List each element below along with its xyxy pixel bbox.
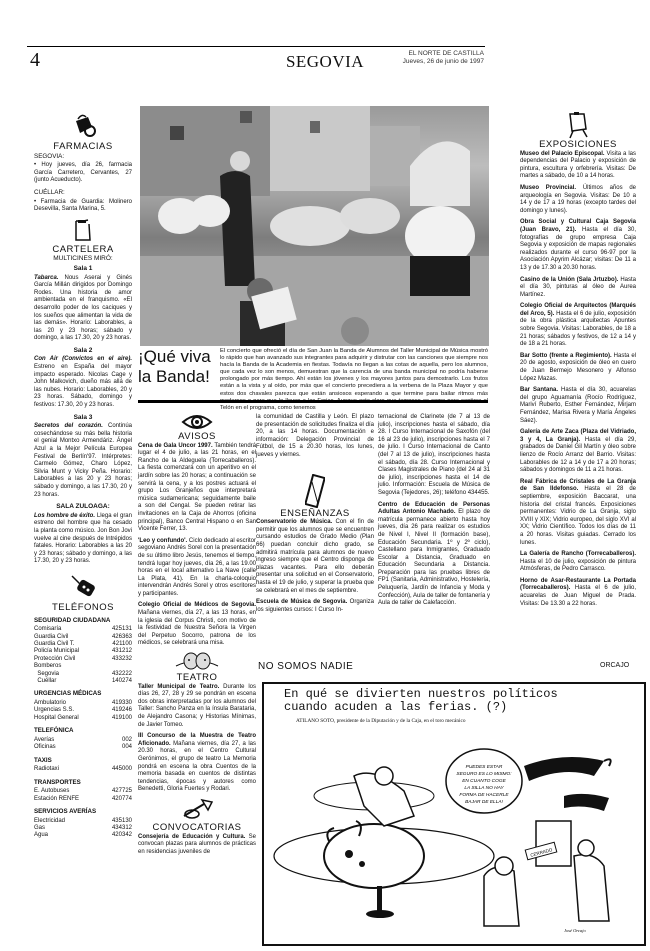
sala3-listing: Secretos del corazón. Continúa cosechánd… [34, 423, 132, 499]
zuloaga-listing: Los hombre de éxito. Llega el gran estre… [34, 513, 132, 566]
phone-row: Estación RENFE420774 [34, 796, 132, 803]
exhibition-item: Galería de Arte Zaca (Plaza del Vidriado… [520, 429, 636, 475]
svg-text:BAJAR DE ELLA!: BAJAR DE ELLA! [465, 799, 504, 805]
section-divider [138, 400, 488, 403]
svg-text:PUEDES ESTAR: PUEDES ESTAR [466, 764, 503, 770]
phone-service-name: Oficinas [34, 744, 56, 751]
phone-group-heading: TAXIS [34, 757, 132, 765]
phone-service-name: Gas [34, 825, 45, 832]
exhibition-item: Horno de Asar-Restaurante La Portada (To… [520, 578, 636, 608]
exposiciones-heading: EXPOSICIONES [520, 141, 636, 149]
telefonos-heading: TELÉFONOS [34, 604, 132, 612]
phone-number: 420774 [112, 796, 132, 803]
sala3-label: Sala 3 [34, 414, 132, 422]
phone-service-name: Guardia Civil T. [34, 641, 75, 648]
phone-number: 431212 [112, 648, 132, 655]
svg-text:LA SILLA NO HAY: LA SILLA NO HAY [464, 785, 504, 791]
phone-row: Gas434312 [34, 825, 132, 832]
phone-number: 435130 [112, 818, 132, 825]
segovia-label: SEGOVIA: [34, 153, 132, 161]
phone-number: 002 [122, 737, 132, 744]
teatro-item: III Concurso de la Muestra de Teatro Afi… [138, 733, 256, 794]
exposiciones-column: EXPOSICIONES Museo del Palacio Episcopal… [520, 108, 636, 612]
cinema-name: MULTICINES MIRÓ: [34, 255, 132, 263]
phone-service-name: Estación RENFE [34, 796, 79, 803]
exhibition-item: Casino de la Unión (Sala Jrtuzbo). Hasta… [520, 277, 636, 300]
phone-number: 419246 [112, 707, 132, 714]
phone-number: 140274 [112, 678, 132, 685]
diploma-scroll-icon [256, 474, 374, 508]
pharmacy-bag-icon [34, 111, 132, 141]
phone-number: 419330 [112, 700, 132, 707]
phone-service-name: E. Autobuses [34, 788, 69, 795]
svg-text:SEGURO ES LO MISMO:: SEGURO ES LO MISMO: [456, 771, 512, 777]
teatro-heading: TEATRO [138, 674, 256, 682]
left-column: FARMACIAS SEGOVIA: • Hoy jueves, día 26,… [34, 108, 132, 840]
band-concert-photo [140, 106, 489, 346]
svg-text:EN CUANTO COGE: EN CUANTO COGE [462, 778, 506, 784]
phone-number: 421100 [112, 641, 132, 648]
avisos-column: AVISOS Cena de Gala Uncor 1997. También … [138, 410, 256, 860]
cinema-ticket-icon [34, 218, 132, 244]
phone-row: Ambulatorio419330 [34, 700, 132, 707]
phone-row: Oficinas004 [34, 744, 132, 751]
convocatorias-heading: CONVOCATORIAS [138, 824, 256, 832]
phone-row: Urgencias S.S.419246 [34, 707, 132, 714]
segovia-pharmacy: • Hoy jueves, día 26, farmacia García Ca… [34, 162, 132, 185]
phone-group-heading: URGENCIAS MÉDICAS [34, 690, 132, 698]
band-photo-illustration [140, 106, 489, 346]
issue-date: Jueves, 26 de junio de 1997 [403, 58, 484, 66]
phone-number: 445000 [112, 766, 132, 773]
phone-row: Electricidad435130 [34, 818, 132, 825]
exhibition-item: La Galería de Rancho (Torrecaballeros). … [520, 551, 636, 574]
telephone-handset-icon [34, 574, 132, 602]
cartoon-author: ORCAJO [600, 662, 629, 669]
phone-service-name: Electricidad [34, 818, 65, 825]
phone-directory: SEGURIDAD CIUDADANAComisaría425131Guardi… [34, 617, 132, 840]
phone-row: E. Autobuses427725 [34, 788, 132, 795]
phone-row: Comisaría425131 [34, 626, 132, 633]
cartelera-heading: CARTELERA [34, 246, 132, 254]
phone-row: Bomberos [34, 663, 132, 670]
phone-number: 419100 [112, 715, 132, 722]
phone-row: Hospital General419100 [34, 715, 132, 722]
exhibition-item: Bar Sotto (frente a Regimiento). Hasta e… [520, 353, 636, 383]
phone-service-name: Guardia Civil [34, 634, 68, 641]
phone-service-name: Urgencias S.S. [34, 707, 74, 714]
phone-service-name: Cuéllar [34, 678, 56, 685]
phone-group-heading: SERVICIOS AVERÍAS [34, 808, 132, 816]
svg-text:FORMA DE HACERLE: FORMA DE HACERLE [459, 792, 509, 798]
phone-row: Guardia Civil T.421100 [34, 641, 132, 648]
cuellar-label: CUÉLLAR: [34, 189, 132, 197]
ensenanza-item: Conservatorio de Música. Con el fin de p… [256, 519, 374, 595]
phone-group-heading: SEGURIDAD CIUDADANA [34, 617, 132, 625]
phone-number: 420342 [112, 832, 132, 839]
exhibition-item: Bar Santana. Hasta el día 30, acuarelas … [520, 387, 636, 425]
mechanical-bull-drawing: PUEDES ESTAR SEGURO ES LO MISMO: EN CUAN… [264, 736, 644, 936]
exhibition-item: Obra Social y Cultural Caja Segovia (Jua… [520, 219, 636, 272]
cartoon-caption: ATILANO SOTO, presidente de la Diputació… [296, 718, 644, 724]
masthead: EL NORTE DE CASTILLA Jueves, 26 de junio… [403, 50, 484, 66]
phone-service-name: Protección Civil [34, 656, 75, 663]
ensenanza-item: Escuela de Música de Segovia. Organiza l… [256, 599, 374, 614]
theatre-masks-icon [138, 652, 256, 672]
exhibition-item: Museo del Palacio Episcopal. Visita a la… [520, 151, 636, 181]
phone-group-heading: TRANSPORTES [34, 779, 132, 787]
aviso-item: Colegio Oficial de Médicos de Segovia. M… [138, 602, 256, 648]
farmacias-heading: FARMACIAS [34, 143, 132, 151]
aviso-item: 'Leo y confundo'. Ciclo dedicado al escr… [138, 538, 256, 599]
ensenanzas-column: la comunidad de Castilla y León. El plaz… [256, 414, 374, 618]
phone-number: 004 [122, 744, 132, 751]
phone-row: Radiotaxi445000 [34, 766, 132, 773]
exhibition-list: Museo del Palacio Episcopal. Visita a la… [520, 151, 636, 609]
aviso-item: Cena de Gala Uncor 1997. También tendrá … [138, 443, 256, 534]
publication-name: EL NORTE DE CASTILLA [403, 50, 484, 58]
exhibition-item: Colegio Oficial de Arquitectos (Marqués … [520, 303, 636, 349]
phone-number: 434312 [112, 825, 132, 832]
phone-group-heading: TELEFÓNICA [34, 727, 132, 735]
phone-row: Segovia432222 [34, 671, 132, 678]
cuellar-pharmacy: • Farmacia de Guardia: Molinero Desevill… [34, 199, 132, 214]
phone-row: Protección Civil433232 [34, 656, 132, 663]
sala2-label: Sala 2 [34, 347, 132, 355]
phone-service-name: Segovia [34, 671, 59, 678]
avisos-heading: AVISOS [138, 433, 256, 441]
adult-education-item: Centro de Educación de Personas Adultas … [378, 502, 490, 608]
convocatoria-continuation: la comunidad de Castilla y León. El plaz… [256, 414, 374, 460]
exhibition-item: Real Fábrica de Cristales de La Granja d… [520, 479, 636, 547]
political-cartoon: En qué se divierten nuestros políticos c… [262, 682, 646, 946]
phone-service-name: Agua [34, 832, 48, 839]
cartoon-signature: José Orcajo [564, 928, 586, 933]
sala1-label: Sala 1 [34, 265, 132, 273]
ensenanzas-heading: ENSEÑANZAS [256, 510, 374, 518]
sala2-listing: Con Air (Convictos en el aire). Estreno … [34, 356, 132, 409]
cartoon-section-title: NO SOMOS NADIE [258, 661, 353, 672]
phone-number: 432222 [112, 671, 132, 678]
courses-continuation: ternacional de Clarinete (de 7 al 13 de … [378, 414, 490, 498]
phone-service-name: Bomberos [34, 663, 61, 670]
phone-row: Averías002 [34, 737, 132, 744]
convocatoria-item: Consejería de Educación y Cultura. Se co… [138, 834, 256, 857]
header-rule [27, 46, 485, 47]
lead-headline: ¡Qué viva la Banda! [138, 347, 211, 387]
phone-service-name: Radiotaxi [34, 766, 59, 773]
phone-row: Cuéllar140274 [34, 678, 132, 685]
easel-canvas-icon [520, 111, 636, 139]
zuloaga-label: SALA ZULOAGA: [34, 503, 132, 511]
phone-number: 433232 [112, 656, 132, 663]
section-title: SEGOVIA [0, 52, 650, 72]
eye-icon [138, 413, 256, 431]
phone-service-name: Comisaría [34, 626, 61, 633]
cartoon-title-line2: cuando acuden a las ferias. (?) [284, 701, 644, 714]
sala1-listing: Tabarca. Nous Aserai y Ginés García Mill… [34, 275, 132, 343]
phone-service-name: Policía Municipal [34, 648, 79, 655]
trumpet-icon [138, 798, 256, 822]
phone-number: 427725 [112, 788, 132, 795]
courses-column: ternacional de Clarinete (de 7 al 13 de … [378, 414, 490, 612]
phone-service-name: Averías [34, 737, 54, 744]
exhibition-item: Museo Provincial. Últimos años de arqueo… [520, 185, 636, 215]
phone-row: Policía Municipal431212 [34, 648, 132, 655]
phone-row: Agua420342 [34, 832, 132, 839]
teatro-item: Taller Municipal de Teatro. Durante los … [138, 684, 256, 730]
phone-number: 426363 [112, 634, 132, 641]
phone-number: 425131 [112, 626, 132, 633]
phone-service-name: Ambulatorio [34, 700, 66, 707]
phone-service-name: Hospital General [34, 715, 79, 722]
phone-row: Guardia Civil426363 [34, 634, 132, 641]
